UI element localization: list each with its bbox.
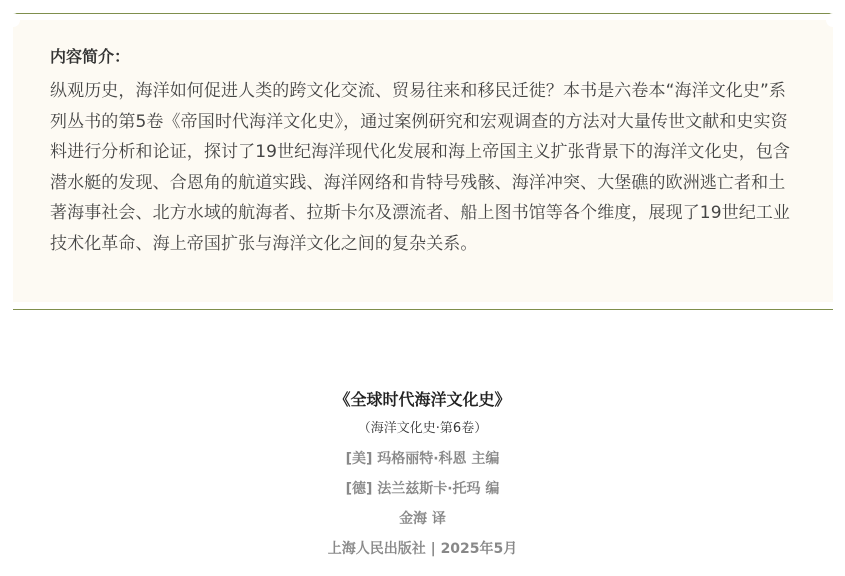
bottom-divider — [13, 309, 833, 310]
corner-notch-left — [6, 13, 20, 27]
intro-body: 纵观历史，海洋如何促进人类的跨文化交流、贸易往来和移民迁徙？本书是六卷本“海洋文… — [50, 76, 797, 259]
corner-notch-right — [826, 13, 840, 27]
book-publisher: 上海人民出版社 | 2025年5月 — [0, 534, 845, 564]
page: 内容简介： 纵观历史，海洋如何促进人类的跨文化交流、贸易往来和移民迁徙？本书是六… — [0, 0, 845, 576]
book-series: （海洋文化史·第6卷） — [0, 414, 845, 444]
book-info: 《全球时代海洋文化史》 （海洋文化史·第6卷） [美] 玛格丽特·科恩 主编 [… — [0, 386, 845, 564]
book-editor: [美] 玛格丽特·科恩 主编 — [0, 444, 845, 474]
intro-box: 内容简介： 纵观历史，海洋如何促进人类的跨文化交流、贸易往来和移民迁徙？本书是六… — [13, 20, 833, 302]
top-divider — [13, 13, 833, 14]
book-co-editor: [德] 法兰兹斯卡·托玛 编 — [0, 474, 845, 504]
intro-heading: 内容简介： — [50, 44, 797, 70]
book-title: 《全球时代海洋文化史》 — [0, 386, 845, 414]
book-translator: 金海 译 — [0, 504, 845, 534]
